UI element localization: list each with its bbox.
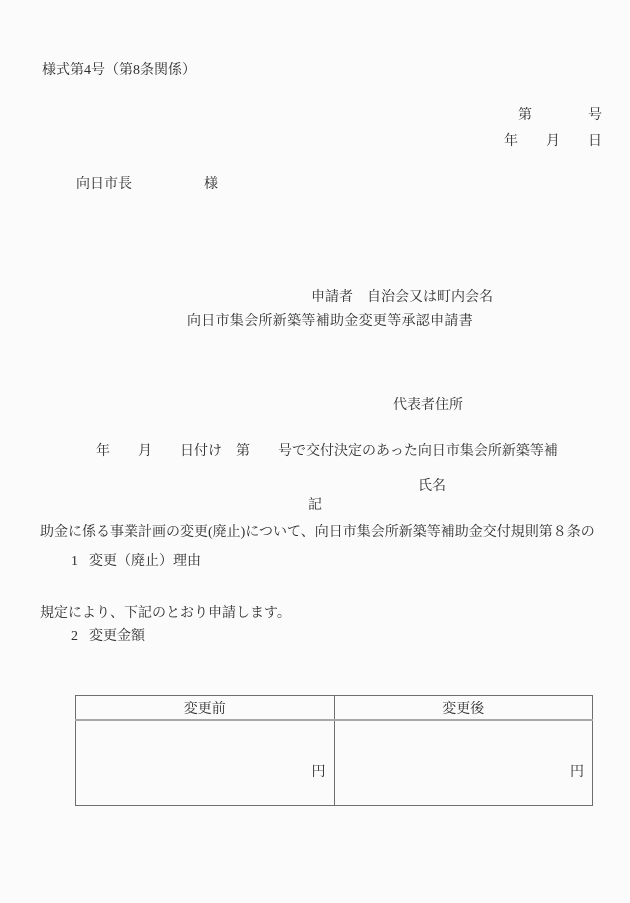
list-item-change-reason: 1変更（廃止）理由 (57, 534, 201, 586)
table-row: 円 円 (76, 720, 593, 806)
addressee-honorific: 様 (204, 177, 218, 192)
section-mark: 記 (0, 494, 630, 514)
item-number: 1 (71, 554, 78, 569)
header-cell-after: 変更後 (334, 696, 593, 721)
applicant-organization: 自治会又は町内会名 (367, 290, 493, 305)
yen-unit-before: 円 (312, 765, 326, 780)
yen-unit-after: 円 (570, 765, 584, 780)
document-page: 様式第4号（第8条関係） 第 号 年 月 日 向日市長様 申請者自治会又は町内会… (0, 0, 630, 903)
form-number-label: 様式第4号（第8条関係） (42, 59, 196, 79)
date-line: 年 月 日 (504, 130, 602, 150)
change-amount-table: 変更前 変更後 円 円 (75, 663, 593, 838)
applicant-label: 申請者 (311, 290, 353, 305)
list-item-change-amount: 2変更金額 (57, 609, 145, 661)
addressee-name: 向日市長 (76, 177, 132, 192)
amount-cell-after: 円 (334, 720, 593, 806)
header-cell-before: 変更前 (76, 696, 335, 721)
document-title: 向日市集会所新築等補助金変更等承認申請書 (30, 310, 630, 330)
table-header-row: 変更前 変更後 (76, 696, 593, 721)
item-label: 変更金額 (89, 629, 145, 644)
addressee-line: 向日市長様 (62, 157, 218, 209)
amount-cell-before: 円 (76, 720, 335, 806)
body-line: 年 月 日付け 第 号で交付決定のあった向日市集会所新築等補 (40, 438, 600, 465)
item-label: 変更（廃止）理由 (89, 554, 201, 569)
item-number: 2 (71, 629, 78, 644)
document-number-line: 第 号 (518, 104, 602, 124)
